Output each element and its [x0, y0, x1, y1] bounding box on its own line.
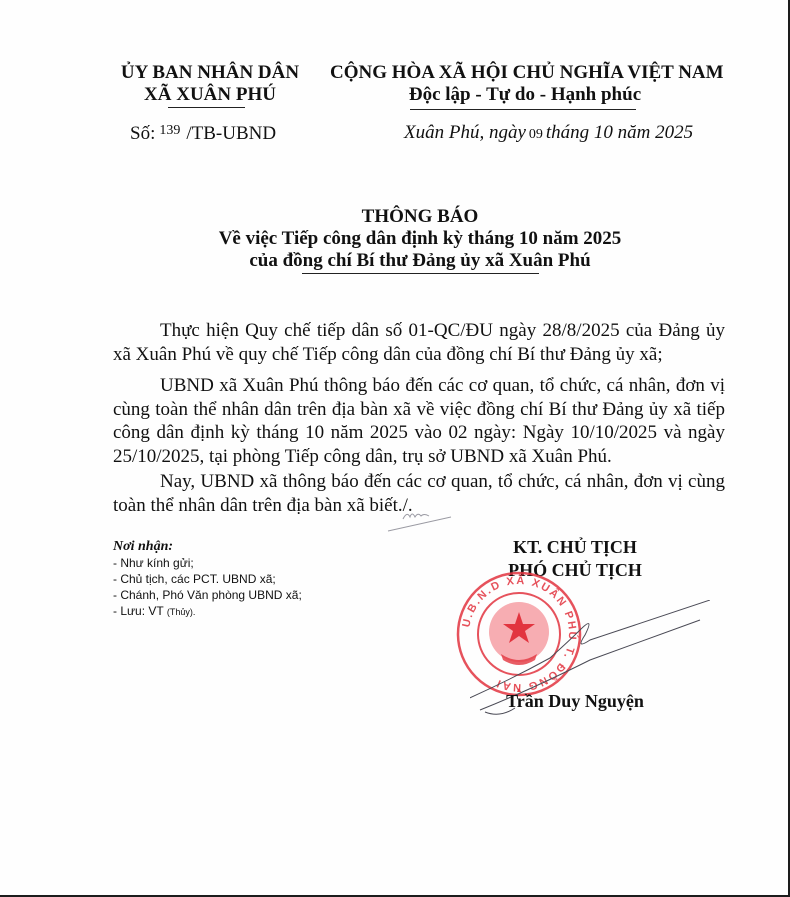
recipient-item: - Chánh, Phó Văn phòng UBND xã;: [113, 587, 302, 603]
recipient-item: - Lưu: VT (Thủy).: [113, 603, 302, 620]
issuing-org-line1: ỦY BAN NHÂN DÂN: [100, 62, 320, 84]
document-number: Số:139/TB-UBND: [130, 123, 276, 145]
recipient-item: - Như kính gửi;: [113, 555, 302, 571]
national-title: CỘNG HÒA XÃ HỘI CHỦ NGHĨA VIỆT NAM: [330, 62, 720, 84]
body-paragraph-1: Thực hiện Quy chế tiếp dân số 01-QC/ĐU n…: [113, 319, 725, 366]
recipient-item: - Chủ tịch, các PCT. UBND xã;: [113, 571, 302, 587]
national-motto: Độc lập - Tự do - Hạnh phúc: [330, 84, 720, 106]
place-date: Xuân Phú, ngày09tháng 10 năm 2025: [404, 122, 693, 144]
motto-underline: [410, 109, 636, 110]
date-day: 09: [529, 127, 543, 142]
document-page: ỦY BAN NHÂN DÂN XÃ XUÂN PHÚ CỘNG HÒA XÃ …: [0, 0, 790, 897]
document-title: THÔNG BÁO: [100, 206, 740, 228]
document-subtitle-line2: của đồng chí Bí thư Đảng ủy xã Xuân Phú: [100, 250, 740, 272]
recipients-heading: Nơi nhận:: [113, 539, 302, 555]
org-underline: [168, 107, 245, 108]
place-suffix: tháng 10 năm 2025: [546, 122, 693, 143]
signature-authority: KT. CHỦ TỊCH: [470, 537, 680, 558]
initials-mark-icon: [383, 505, 453, 533]
doc-number-suffix: /TB-UBND: [186, 123, 276, 144]
signer-name: Trần Duy Nguyện: [470, 691, 680, 712]
title-underline: [302, 273, 539, 274]
place-prefix: Xuân Phú, ngày: [404, 122, 526, 143]
doc-number-prefix: Số:: [130, 123, 155, 144]
document-subtitle-line1: Về việc Tiếp công dân định kỳ tháng 10 n…: [100, 228, 740, 250]
body-paragraph-2: UBND xã Xuân Phú thông báo đến các cơ qu…: [113, 374, 725, 468]
doc-number-value: 139: [159, 123, 180, 138]
recipient-note: (Thủy).: [167, 607, 196, 617]
recipients-block: Nơi nhận: - Như kính gửi; - Chủ tịch, cá…: [113, 539, 302, 620]
issuing-org-line2: XÃ XUÂN PHÚ: [100, 84, 320, 106]
